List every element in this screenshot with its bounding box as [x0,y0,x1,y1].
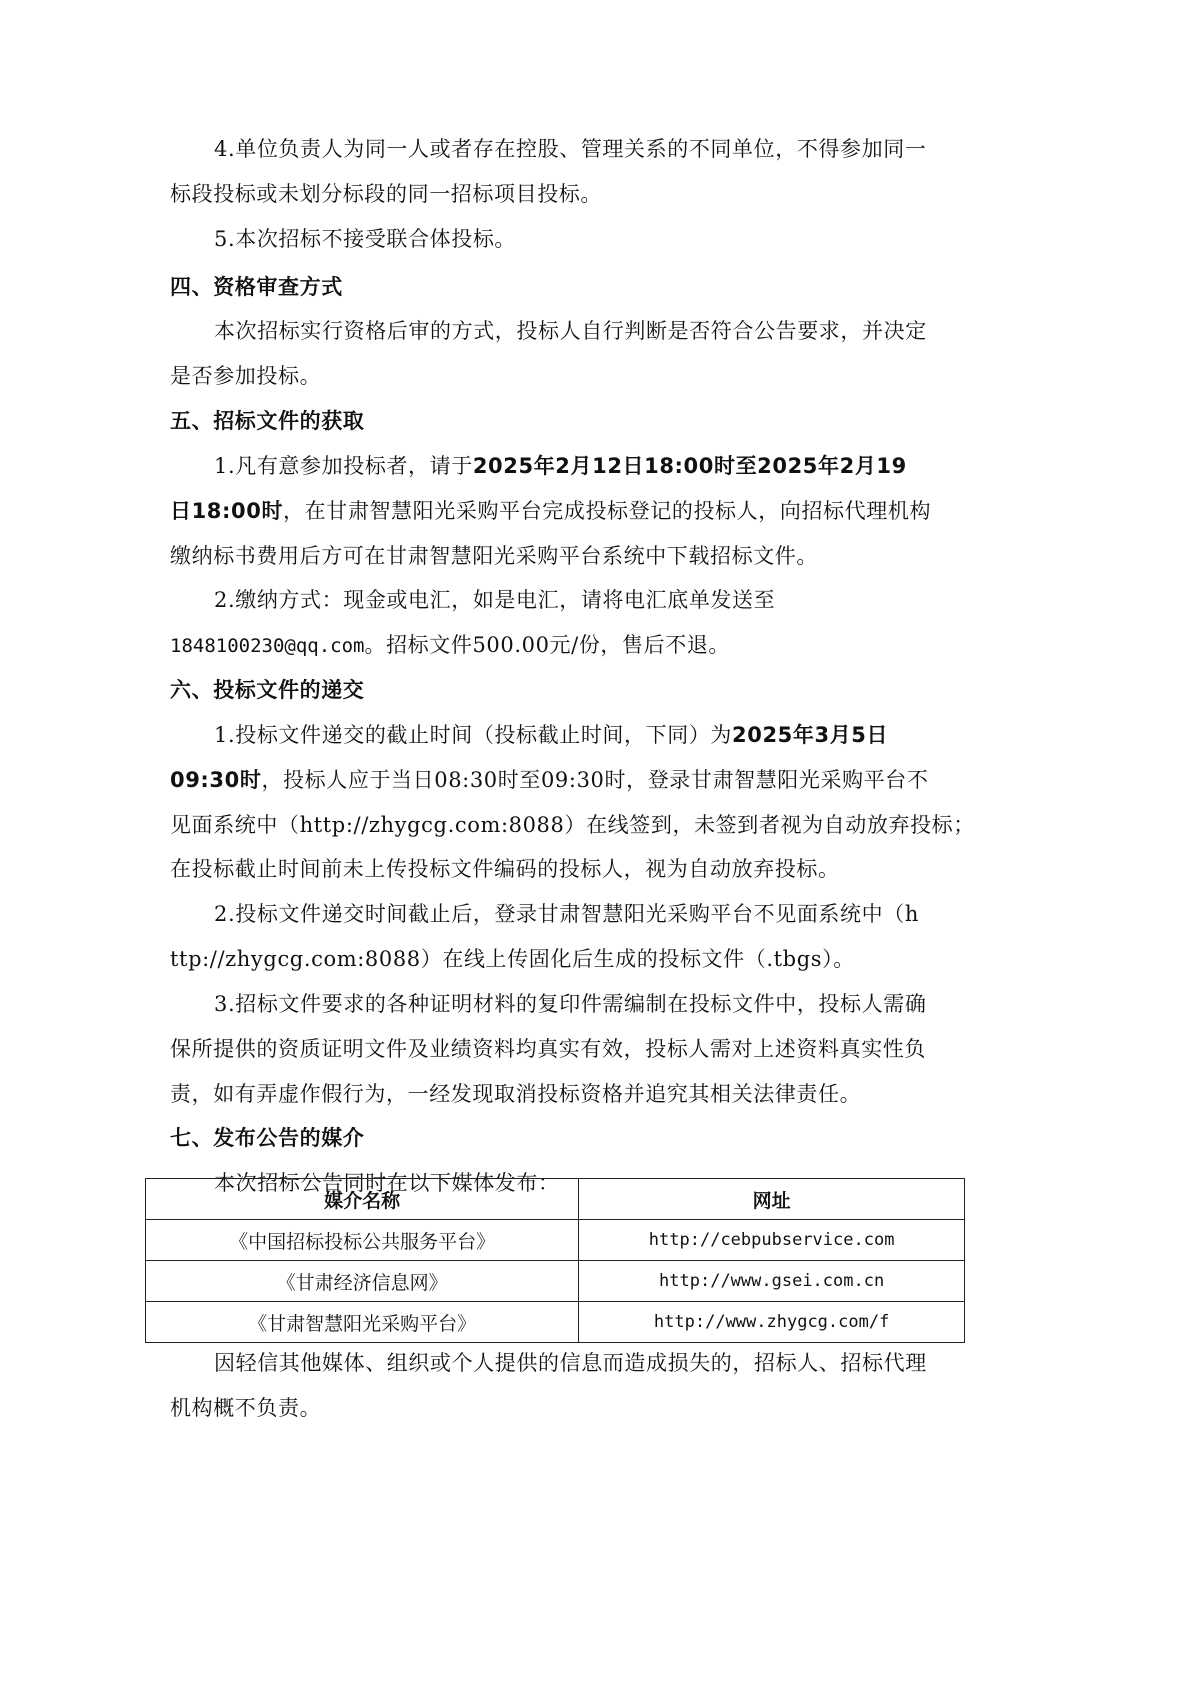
section-4-para-line-1: 本次招标实行资格后审的方式，投标人自行判断是否符合公告要求，并决定 [214,316,927,346]
section-5-item-2-line-2: 1848100230@qq.com。招标文件500.00元/份，售后不退。 [170,630,730,661]
email-address: 1848100230@qq.com [170,635,364,657]
media-name: 《甘肃智慧阳光采购平台》 [146,1302,579,1343]
document-page: 4.单位负责人为同一人或者存在控股、管理关系的不同单位，不得参加同一 标段投标或… [0,0,1191,1684]
table-row: 《甘肃智慧阳光采购平台》 http://www.zhygcg.com/f [146,1302,965,1343]
item-4-line-1: 4.单位负责人为同一人或者存在控股、管理关系的不同单位，不得参加同一 [214,134,926,164]
section-6-item-3-line-1: 3.招标文件要求的各种证明材料的复印件需编制在投标文件中，投标人需确 [214,989,926,1019]
fee-text: 。招标文件500.00元/份，售后不退。 [364,633,730,657]
media-table: 媒介名称 网址 《中国招标投标公共服务平台》 http://cebpubserv… [145,1178,965,1343]
header-media-name: 媒介名称 [146,1179,579,1220]
item-5: 5.本次招标不接受联合体投标。 [214,224,516,254]
table-row: 《甘肃经济信息网》 http://www.gsei.com.cn [146,1261,965,1302]
section-6-heading: 六、投标文件的递交 [170,675,364,705]
disclaimer-line-2: 机构概不负责。 [170,1393,321,1423]
table-row: 《中国招标投标公共服务平台》 http://cebpubservice.com [146,1220,965,1261]
section-6-item-1-line-2: 09:30时，投标人应于当日08:30时至09:30时，登录甘肃智慧阳光采购平台… [170,765,929,795]
deadline-time: 09:30时 [170,768,261,792]
item-1-rest: ，在甘肃智慧阳光采购平台完成投标登记的投标人，向招标代理机构 [283,499,931,523]
section-4-para-line-2: 是否参加投标。 [170,361,321,391]
section-5-heading: 五、招标文件的获取 [170,406,364,436]
media-url[interactable]: http://www.zhygcg.com/f [579,1302,965,1343]
section-6-item-2-line-2: ttp://zhygcg.com:8088）在线上传固化后生成的投标文件（.tb… [170,944,855,974]
section-5-item-1-line-2: 日18:00时，在甘肃智慧阳光采购平台完成投标登记的投标人，向招标代理机构 [170,496,931,526]
header-url: 网址 [579,1179,965,1220]
section-5-item-1-line-1: 1.凡有意参加投标者，请于2025年2月12日18:00时至2025年2月19 [214,451,907,481]
section-6-item-2-line-1: 2.投标文件递交时间截止后，登录甘肃智慧阳光采购平台不见面系统中（h [214,899,919,929]
item-1-end-time: 日18:00时 [170,499,283,523]
section-7-heading: 七、发布公告的媒介 [170,1123,364,1153]
section-6-item-3-line-3: 责，如有弄虚作假行为，一经发现取消投标资格并追究其相关法律责任。 [170,1079,861,1109]
section-6-item-1-line-4: 在投标截止时间前未上传投标文件编码的投标人，视为自动放弃投标。 [170,854,840,884]
disclaimer-line-1: 因轻信其他媒体、组织或个人提供的信息而造成损失的，招标人、招标代理 [214,1348,927,1378]
item-1-rest: ，投标人应于当日08:30时至09:30时，登录甘肃智慧阳光采购平台不 [261,768,928,792]
section-5-item-2-line-1: 2.缴纳方式：现金或电汇，如是电汇，请将电汇底单发送至 [214,585,775,615]
item-4-line-2: 标段投标或未划分标段的同一招标项目投标。 [170,179,602,209]
section-6-item-1-line-3: 见面系统中（http://zhygcg.com:8088）在线签到，未签到者视为… [170,810,975,840]
section-6-item-3-line-2: 保所提供的资质证明文件及业绩资料均真实有效，投标人需对上述资料真实性负 [170,1034,926,1064]
section-6-item-1-line-1: 1.投标文件递交的截止时间（投标截止时间，下同）为2025年3月5日 [214,720,888,750]
media-name: 《甘肃经济信息网》 [146,1261,579,1302]
item-1-date-range: 2025年2月12日18:00时至2025年2月19 [473,454,907,478]
item-1-prefix: 1.投标文件递交的截止时间（投标截止时间，下同）为 [214,723,732,747]
item-1-prefix: 1.凡有意参加投标者，请于 [214,454,473,478]
section-5-item-1-line-3: 缴纳标书费用后方可在甘肃智慧阳光采购平台系统中下载招标文件。 [170,541,818,571]
deadline-date: 2025年3月5日 [732,723,888,747]
table-header-row: 媒介名称 网址 [146,1179,965,1220]
media-url[interactable]: http://www.gsei.com.cn [579,1261,965,1302]
section-4-heading: 四、资格审查方式 [170,272,343,302]
media-name: 《中国招标投标公共服务平台》 [146,1220,579,1261]
media-url[interactable]: http://cebpubservice.com [579,1220,965,1261]
